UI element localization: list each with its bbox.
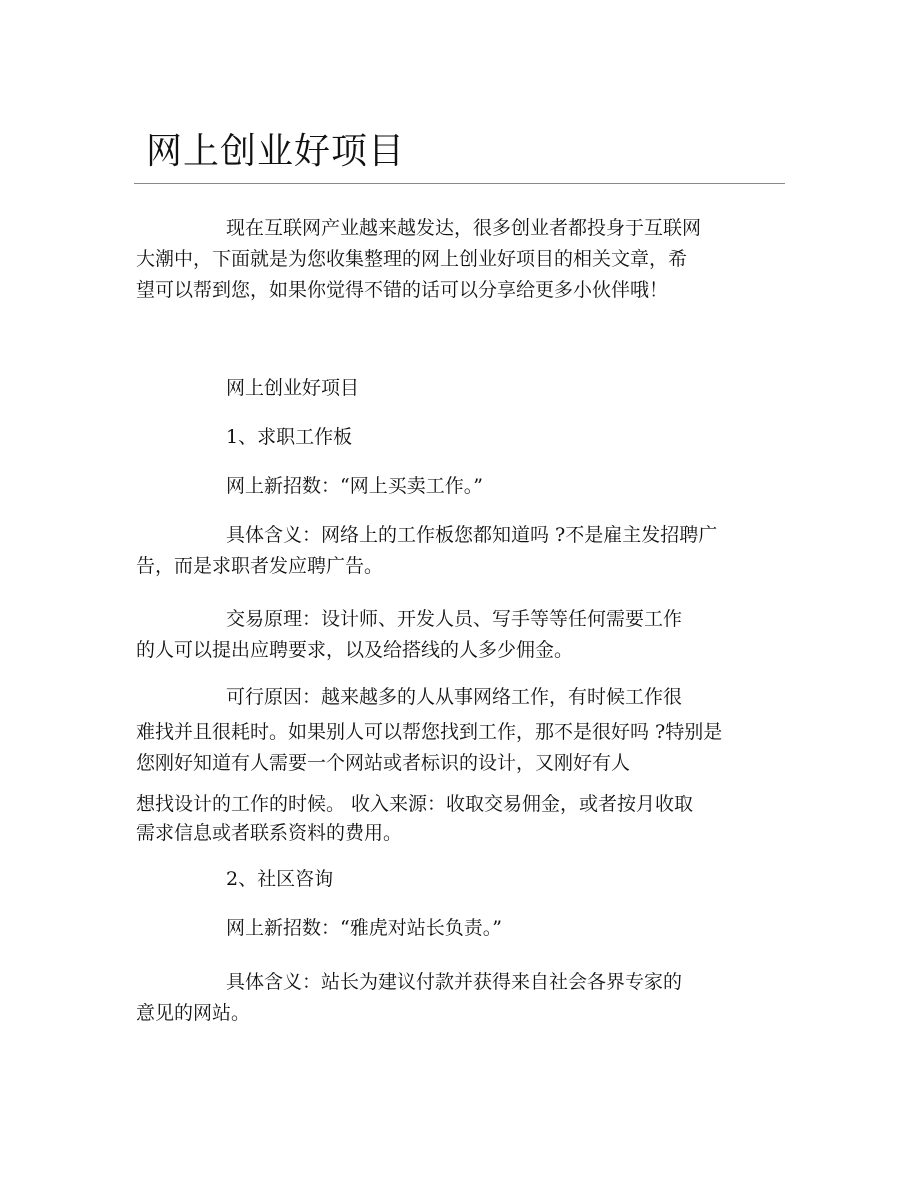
item-1-reason-line-2: 难找并且很耗时。如果别人可以帮您找到工作，那不是很好吗 ?特别是 xyxy=(136,719,722,745)
item-1-meaning-line-1: 具体含义：网络上的工作板您都知道吗 ?不是雇主发招聘广 xyxy=(226,522,717,548)
item-1-meaning-line-2: 告，而是求职者发应聘广告。 xyxy=(136,553,383,579)
intro-line-3: 望可以帮到您，如果你觉得不错的话可以分享给更多小伙伴哦！ xyxy=(136,277,668,303)
section-heading: 网上创业好项目 xyxy=(226,375,359,401)
item-2-meaning-line-2: 意见的网站。 xyxy=(136,1000,250,1026)
item-2-slogan: 网上新招数：“雅虎对站长负责。” xyxy=(226,915,502,941)
document-title: 网上创业好项目 xyxy=(146,128,405,176)
item-2-heading: 2、社区咨询 xyxy=(226,866,333,892)
item-1-reason-line-5: 需求信息或者联系资料的费用。 xyxy=(136,820,402,846)
title-divider xyxy=(134,183,785,184)
item-1-reason-line-3: 您刚好知道有人需要一个网站或者标识的设计，又刚好有人 xyxy=(136,750,630,776)
item-1-heading: 1、求职工作板 xyxy=(226,424,352,450)
item-1-principle-line-1: 交易原理：设计师、开发人员、写手等等任何需要工作 xyxy=(226,606,682,632)
intro-line-2: 大潮中，下面就是为您收集整理的网上创业好项目的相关文章，希 xyxy=(136,246,687,272)
item-1-principle-line-2: 的人可以提出应聘要求，以及给搭线的人多少佣金。 xyxy=(136,637,573,663)
item-1-reason-line-1: 可行原因：越来越多的人从事网络工作，有时候工作很 xyxy=(226,684,682,710)
item-2-meaning-line-1: 具体含义：站长为建议付款并获得来自社会各界专家的 xyxy=(226,969,682,995)
item-1-slogan: 网上新招数：“网上买卖工作。” xyxy=(226,473,483,499)
intro-line-1: 现在互联网产业越来越发达，很多创业者都投身于互联网 xyxy=(226,215,701,241)
item-1-reason-line-4: 想找设计的工作的时候。 收入来源：收取交易佣金，或者按月收取 xyxy=(136,791,693,817)
